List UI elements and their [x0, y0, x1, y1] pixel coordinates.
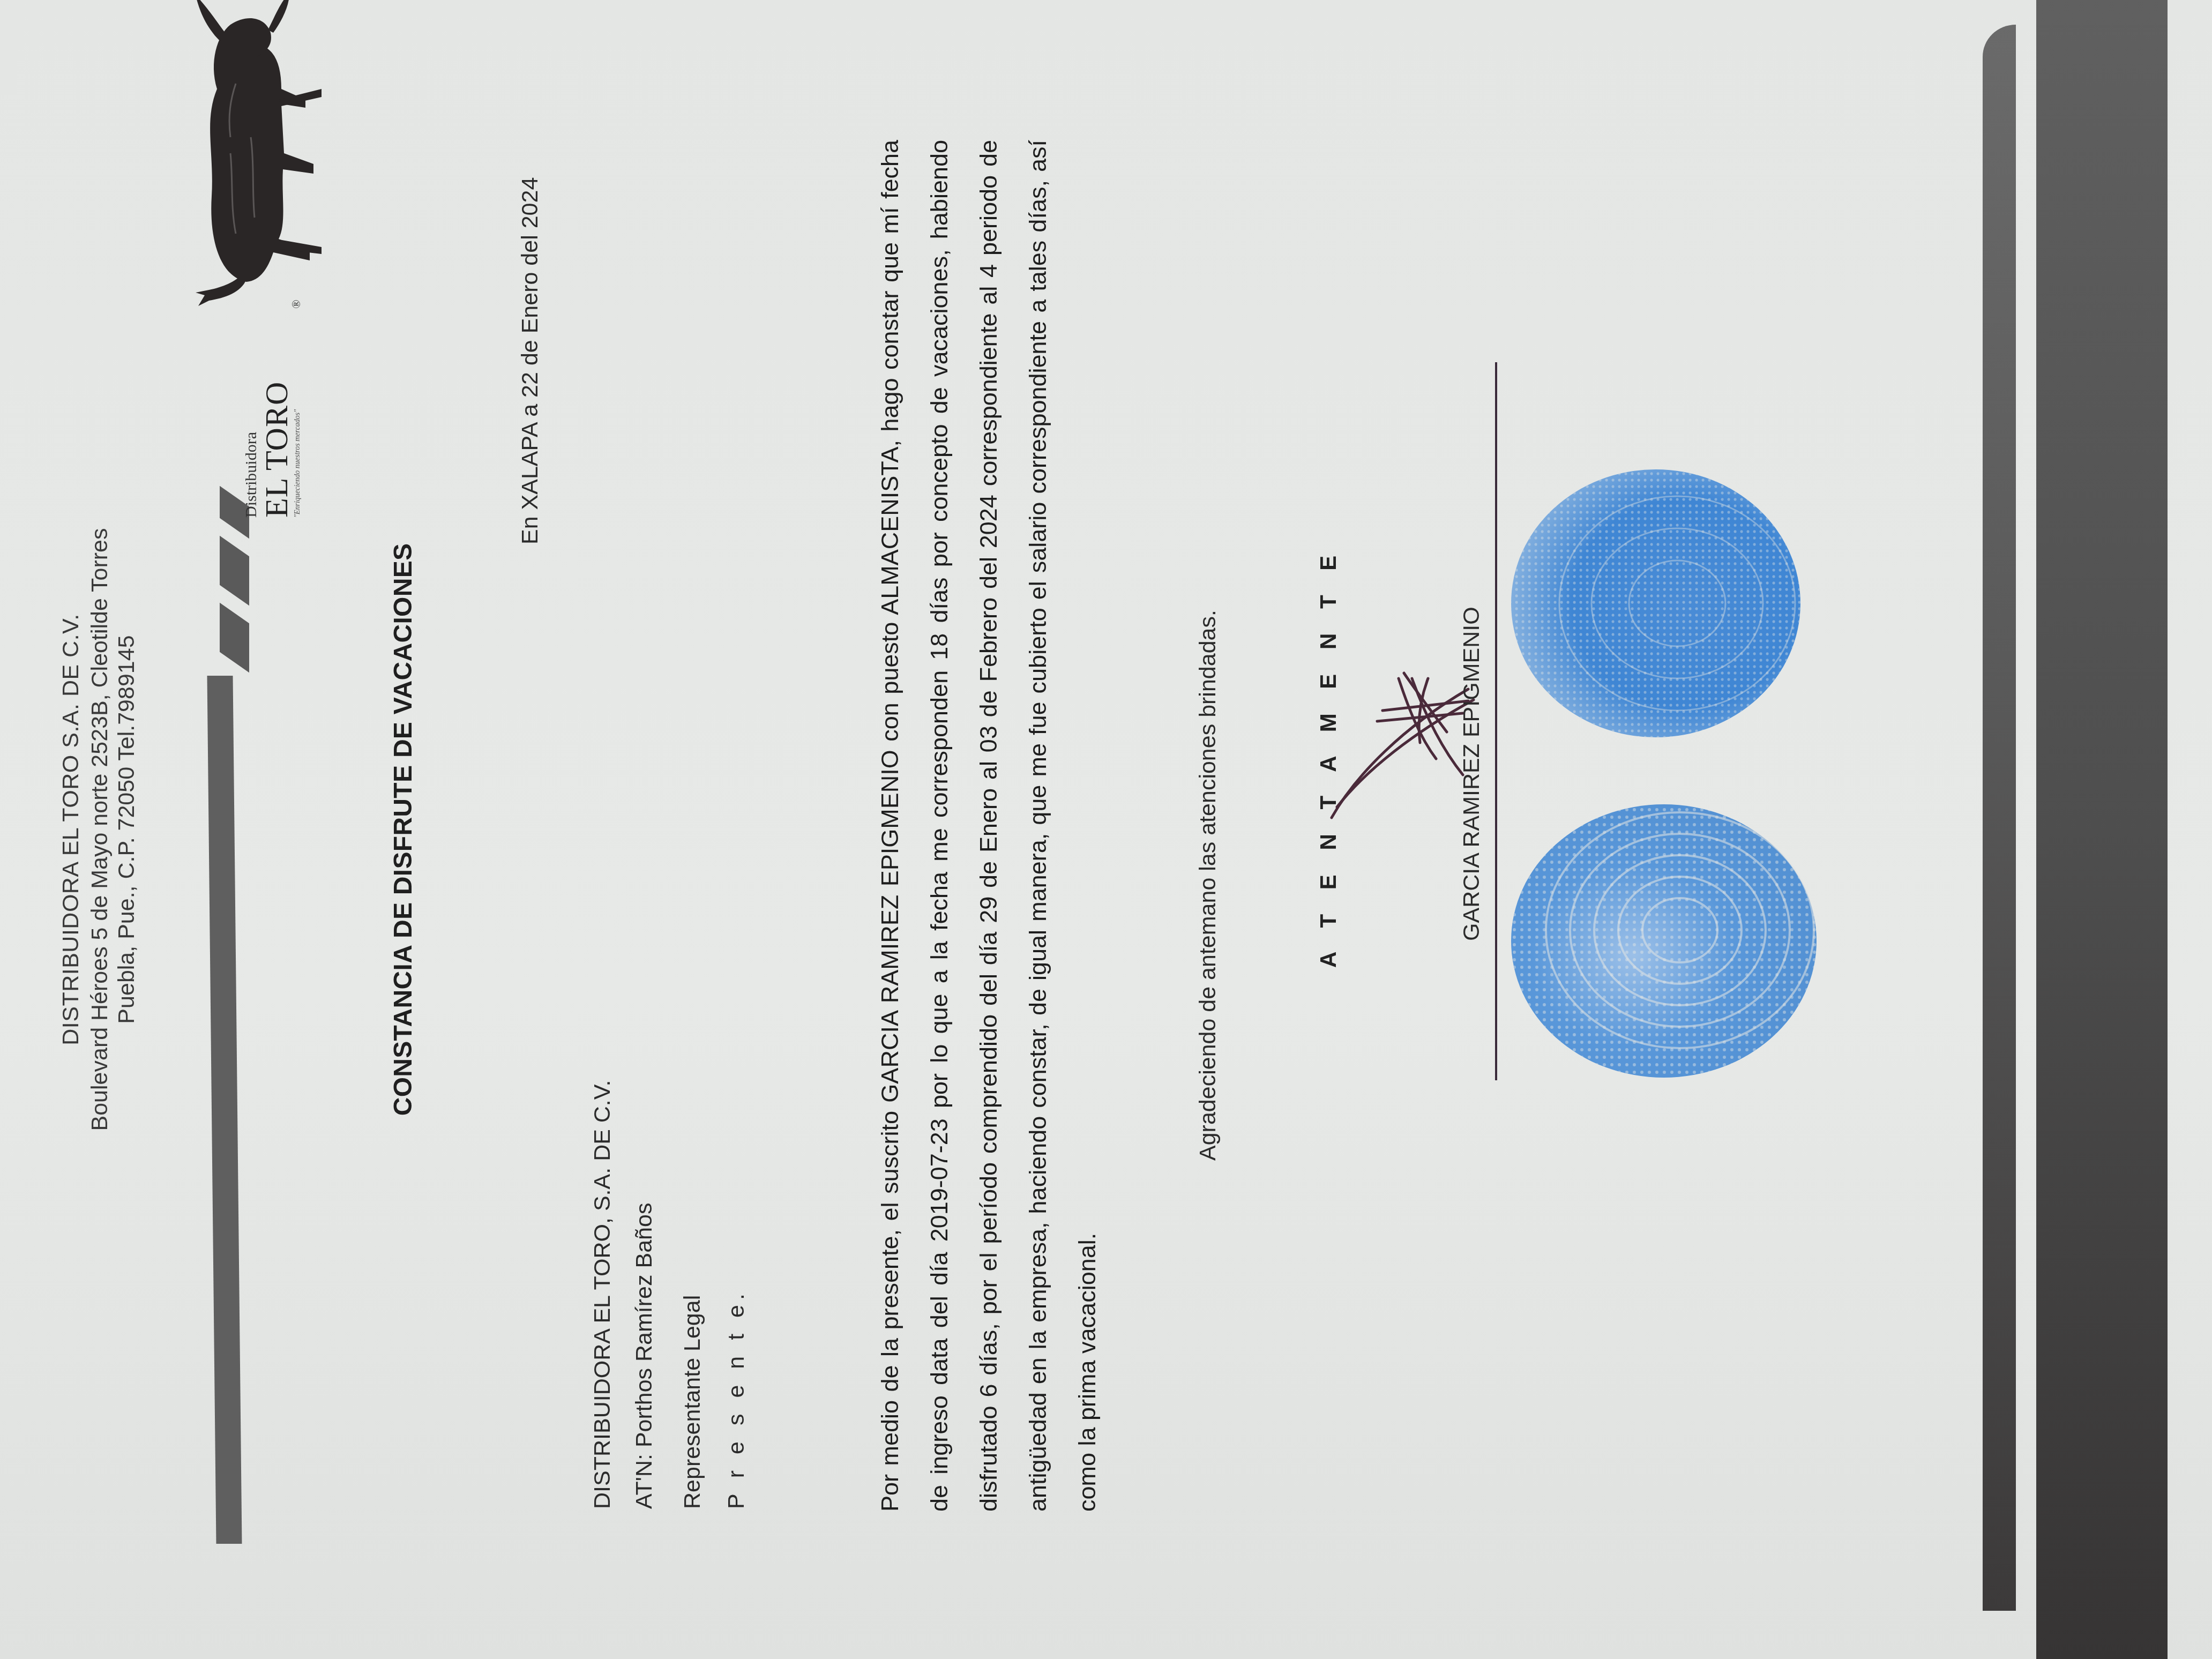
logo-brand: EL TORO — [258, 382, 295, 518]
letterhead-address-line1: Boulevard Héroes 5 de Mayo norte 2523B, … — [87, 0, 113, 1659]
logo-tagline: "Enriqueciendo nuestros mercados" — [294, 409, 302, 518]
decorative-bar-wide — [2036, 0, 2168, 1659]
fingerprint-left — [1503, 791, 1825, 1091]
decorative-stripe — [207, 676, 242, 1544]
document-title: CONSTANCIA DE DISFRUTE DE VACACIONES — [388, 0, 418, 1659]
document-page: DISTRIBUIDORA EL TORO S.A. DE C.V. Boule… — [0, 0, 2212, 1659]
addressee-attention: AT'N: Porthos Ramírez Baños — [631, 1203, 657, 1509]
addressee-salutation: P r e s e n t e. — [723, 1289, 750, 1509]
addressee-company: DISTRIBUIDORA EL TORO, S.A. DE C.V. — [589, 1080, 616, 1509]
letterhead-address-line2: Puebla, Pue., C.P. 72050 Tel.7989145 — [114, 0, 140, 1659]
decorative-stripe-segment — [220, 536, 249, 606]
decorative-bar-thin — [1983, 25, 2016, 1611]
decorative-stripe-segment — [220, 603, 249, 673]
handwritten-signature — [1324, 614, 1479, 839]
date-line: En XALAPA a 22 de Enero del 2024 — [517, 177, 543, 544]
body-paragraph: Por medio de la presente, el suscrito GA… — [865, 140, 1112, 1512]
closing-line: Agradeciendo de antemano las atenciones … — [1195, 610, 1221, 1161]
addressee-role: Representante Legal — [679, 1295, 706, 1509]
signatory-name: GARCIA RAMIREZ EPIGMENIO — [1459, 607, 1485, 941]
logo-small-text: Distribuidora — [242, 432, 260, 518]
fingerprint-right — [1500, 453, 1811, 753]
signature-line — [1495, 362, 1497, 1080]
letterhead-company: DISTRIBUIDORA EL TORO S.A. DE C.V. — [58, 0, 84, 1659]
bull-icon — [166, 0, 327, 314]
paper-corner — [0, 0, 16, 94]
